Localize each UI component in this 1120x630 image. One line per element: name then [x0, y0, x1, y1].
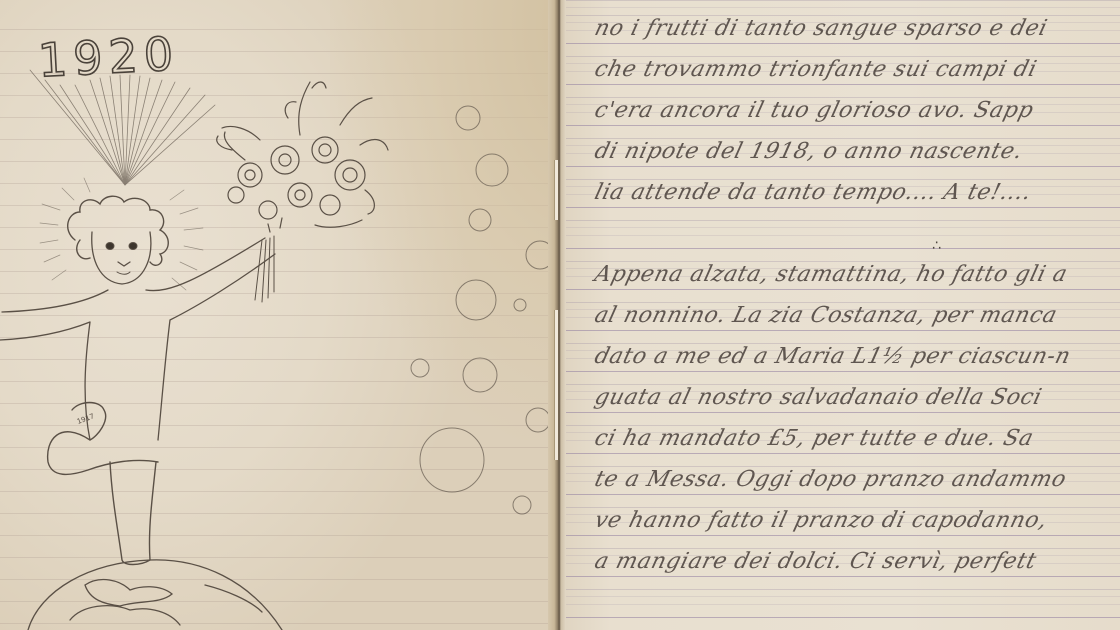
text-line: lia attende da tanto tempo.... A te!.... [592, 180, 1034, 205]
text-line: ve hanno fatto il pranzo di capodanno, [592, 508, 1050, 533]
flower-bouquet-icon [217, 82, 388, 232]
text-line: no i frutti di tanto sangue sparso e dei [592, 16, 1050, 41]
halo-icon [40, 178, 203, 290]
cherub-illustration: 1917 [0, 0, 556, 630]
globe-icon [28, 560, 282, 630]
spine-tear [554, 160, 558, 220]
text-line: di nipote del 1918, o anno nascente. [592, 139, 1025, 164]
leg-tag-text: 1917 [76, 412, 95, 426]
text-line: guata al nostro salvadanaio della Soci [592, 385, 1045, 410]
left-page: 1920 [0, 0, 556, 630]
text-line: c'era ancora il tuo glorioso avo. Sapp [592, 98, 1036, 123]
notebook-spread: 1920 [0, 0, 1120, 630]
cherub-hair-icon [68, 196, 169, 265]
bubbles-icon [411, 106, 554, 514]
right-page: no i frutti di tanto sangue sparso e dei… [566, 0, 1120, 630]
text-line: al nonnino. La zia Costanza, per manca [592, 303, 1060, 328]
cherub-body-icon [0, 238, 275, 440]
text-line: te a Messa. Oggi dopo pranzo andammo [592, 467, 1069, 492]
sunburst-rays-icon [30, 70, 215, 185]
cherub-face-icon [92, 232, 151, 284]
text-line: che trovammo trionfante sui campi di [592, 57, 1040, 82]
text-line: dato a me ed a Maria L1½ per ciascun-n [592, 344, 1073, 369]
text-line: ci ha mandato £5, per tutte e due. Sa [592, 426, 1036, 451]
text-line: Appena alzata, stamattina, ho fatto gli … [592, 262, 1070, 287]
notebook-spine [548, 0, 566, 630]
cherub-legs-icon [48, 403, 158, 565]
bouquet-stems-icon [255, 236, 274, 302]
text-line: a mangiare dei dolci. Ci servì, perfett [592, 549, 1039, 574]
section-separator: ∴ [932, 238, 942, 254]
spine-tear [554, 310, 558, 460]
